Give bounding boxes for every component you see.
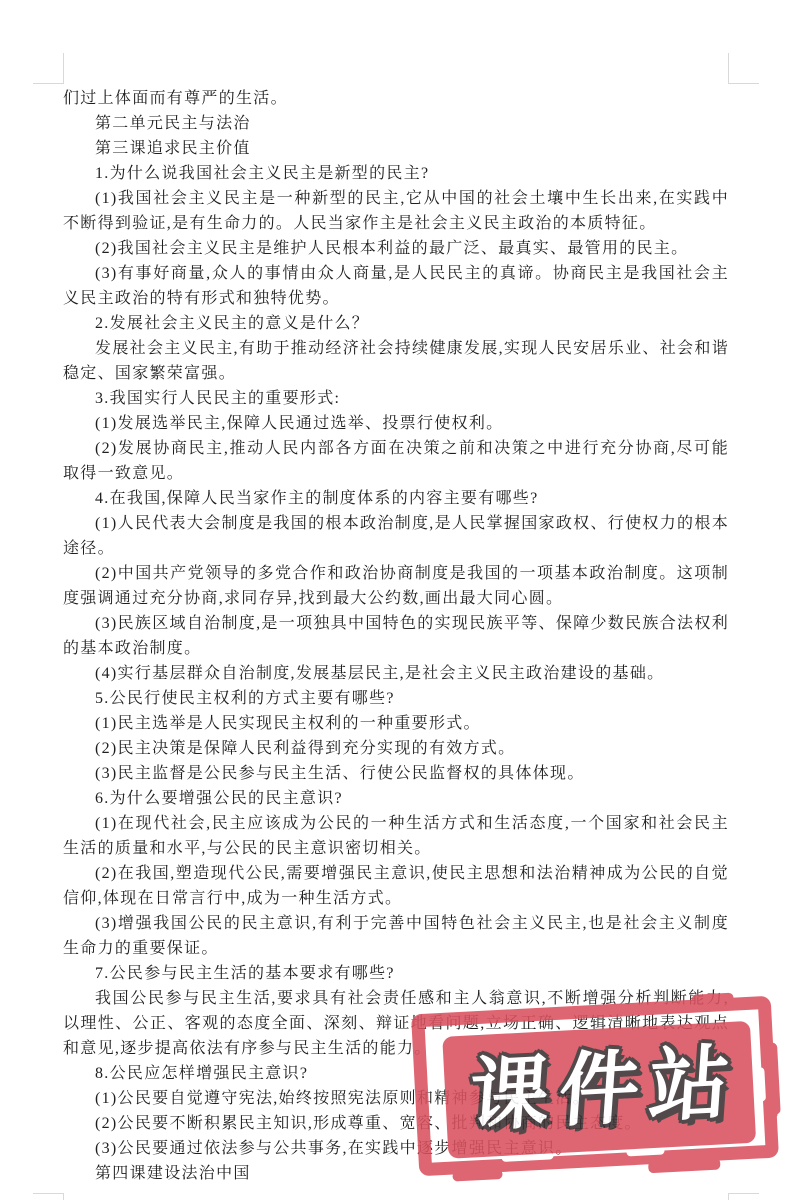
paragraph: (3)民主监督是公民参与民主生活、行使公民监督权的具体体现。 <box>63 761 729 786</box>
paragraph: (1)民主选举是人民实现民主权利的一种重要形式。 <box>63 711 729 736</box>
paragraph: (3)有事好商量,众人的事情由众人商量,是人民民主的真谛。协商民主是我国社会主义… <box>63 261 729 311</box>
paragraph-list: 们过上体面而有尊严的生活。第二单元民主与法治第三课追求民主价值1.为什么说我国社… <box>63 86 729 1186</box>
paragraph: 们过上体面而有尊严的生活。 <box>63 86 729 111</box>
stamp-distress-blob <box>767 1042 781 1114</box>
paragraph: (1)人民代表大会制度是我国的根本政治制度,是人民掌握国家政权、行使权力的根本途… <box>63 511 729 561</box>
margin-mark-bottom-left <box>33 1193 64 1200</box>
paragraph: 3.我国实行人民民主的重要形式: <box>63 386 729 411</box>
paragraph: (2)公民要不断积累民主知识,形成尊重、宽容、批判和协商的民主态度。 <box>63 1111 729 1136</box>
paragraph: (4)实行基层群众自治制度,发展基层民主,是社会主义民主政治建设的基础。 <box>63 661 729 686</box>
stamp-distress-chip <box>749 1067 766 1102</box>
paragraph: 我国公民参与民主生活,要求具有社会责任感和主人翁意识,不断增强分析判断能力,以理… <box>63 986 729 1061</box>
paragraph: (2)民主决策是保障人民利益得到充分实现的有效方式。 <box>63 736 729 761</box>
paragraph: 4.在我国,保障人民当家作主的制度体系的内容主要有哪些? <box>63 486 729 511</box>
paragraph: (1)发展选举民主,保障人民通过选举、投票行使权利。 <box>63 411 729 436</box>
paragraph: 2.发展社会主义民主的意义是什么？ <box>63 311 729 336</box>
paragraph: (3)公民要通过依法参与公共事务,在实践中逐步增强民主意识。 <box>63 1136 729 1161</box>
paragraph: 第三课追求民主价值 <box>63 136 729 161</box>
margin-mark-top-left <box>33 53 64 84</box>
margin-mark-bottom-right <box>728 1193 759 1200</box>
margin-mark-top-right <box>728 53 759 84</box>
paragraph: (1)公民要自觉遵守宪法,始终按照宪法原则和精神参与民主生活。 <box>63 1086 729 1111</box>
paragraph: 第二单元民主与法治 <box>63 111 729 136</box>
paragraph: 8.公民应怎样增强民主意识? <box>63 1061 729 1086</box>
paragraph: 1.为什么说我国社会主义民主是新型的民主? <box>63 161 729 186</box>
document-content: 们过上体面而有尊严的生活。第二单元民主与法治第三课追求民主价值1.为什么说我国社… <box>63 86 729 1186</box>
paragraph: (2)发展协商民主,推动人民内部各方面在决策之前和决策之中进行充分协商,尽可能取… <box>63 436 729 486</box>
paragraph: 发展社会主义民主,有助于推动经济社会持续健康发展,实现人民安居乐业、社会和谐稳定… <box>63 336 729 386</box>
paragraph: (3)民族区域自治制度,是一项独具中国特色的实现民族平等、保障少数民族合法权利的… <box>63 611 729 661</box>
paragraph: (1)我国社会主义民主是一种新型的民主,它从中国的社会土壤中生长出来,在实践中不… <box>63 186 729 236</box>
paragraph: 7.公民参与民主生活的基本要求有哪些? <box>63 961 729 986</box>
paragraph: (3)增强我国公民的民主意识,有利于完善中国特色社会主义民主,也是社会主义制度生… <box>63 911 729 961</box>
paragraph: 5.公民行使民主权利的方式主要有哪些? <box>63 686 729 711</box>
paragraph: (2)我国社会主义民主是维护人民根本利益的最广泛、最真实、最管用的民主。 <box>63 236 729 261</box>
stamp-distress-blob <box>767 1108 778 1119</box>
document-page: 们过上体面而有尊严的生活。第二单元民主与法治第三课追求民主价值1.为什么说我国社… <box>0 0 800 1200</box>
paragraph: (1)在现代社会,民主应该成为公民的一种生活方式和生活态度,一个国家和社会民主生… <box>63 811 729 861</box>
paragraph: 6.为什么要增强公民的民主意识? <box>63 786 729 811</box>
paragraph: (2)中国共产党领导的多党合作和政治协商制度是我国的一项基本政治制度。这项制度强… <box>63 561 729 611</box>
paragraph: 第四课建设法治中国 <box>63 1161 729 1186</box>
paragraph: (2)在我国,塑造现代公民,需要增强民主意识,使民主思想和法治精神成为公民的自觉… <box>63 861 729 911</box>
